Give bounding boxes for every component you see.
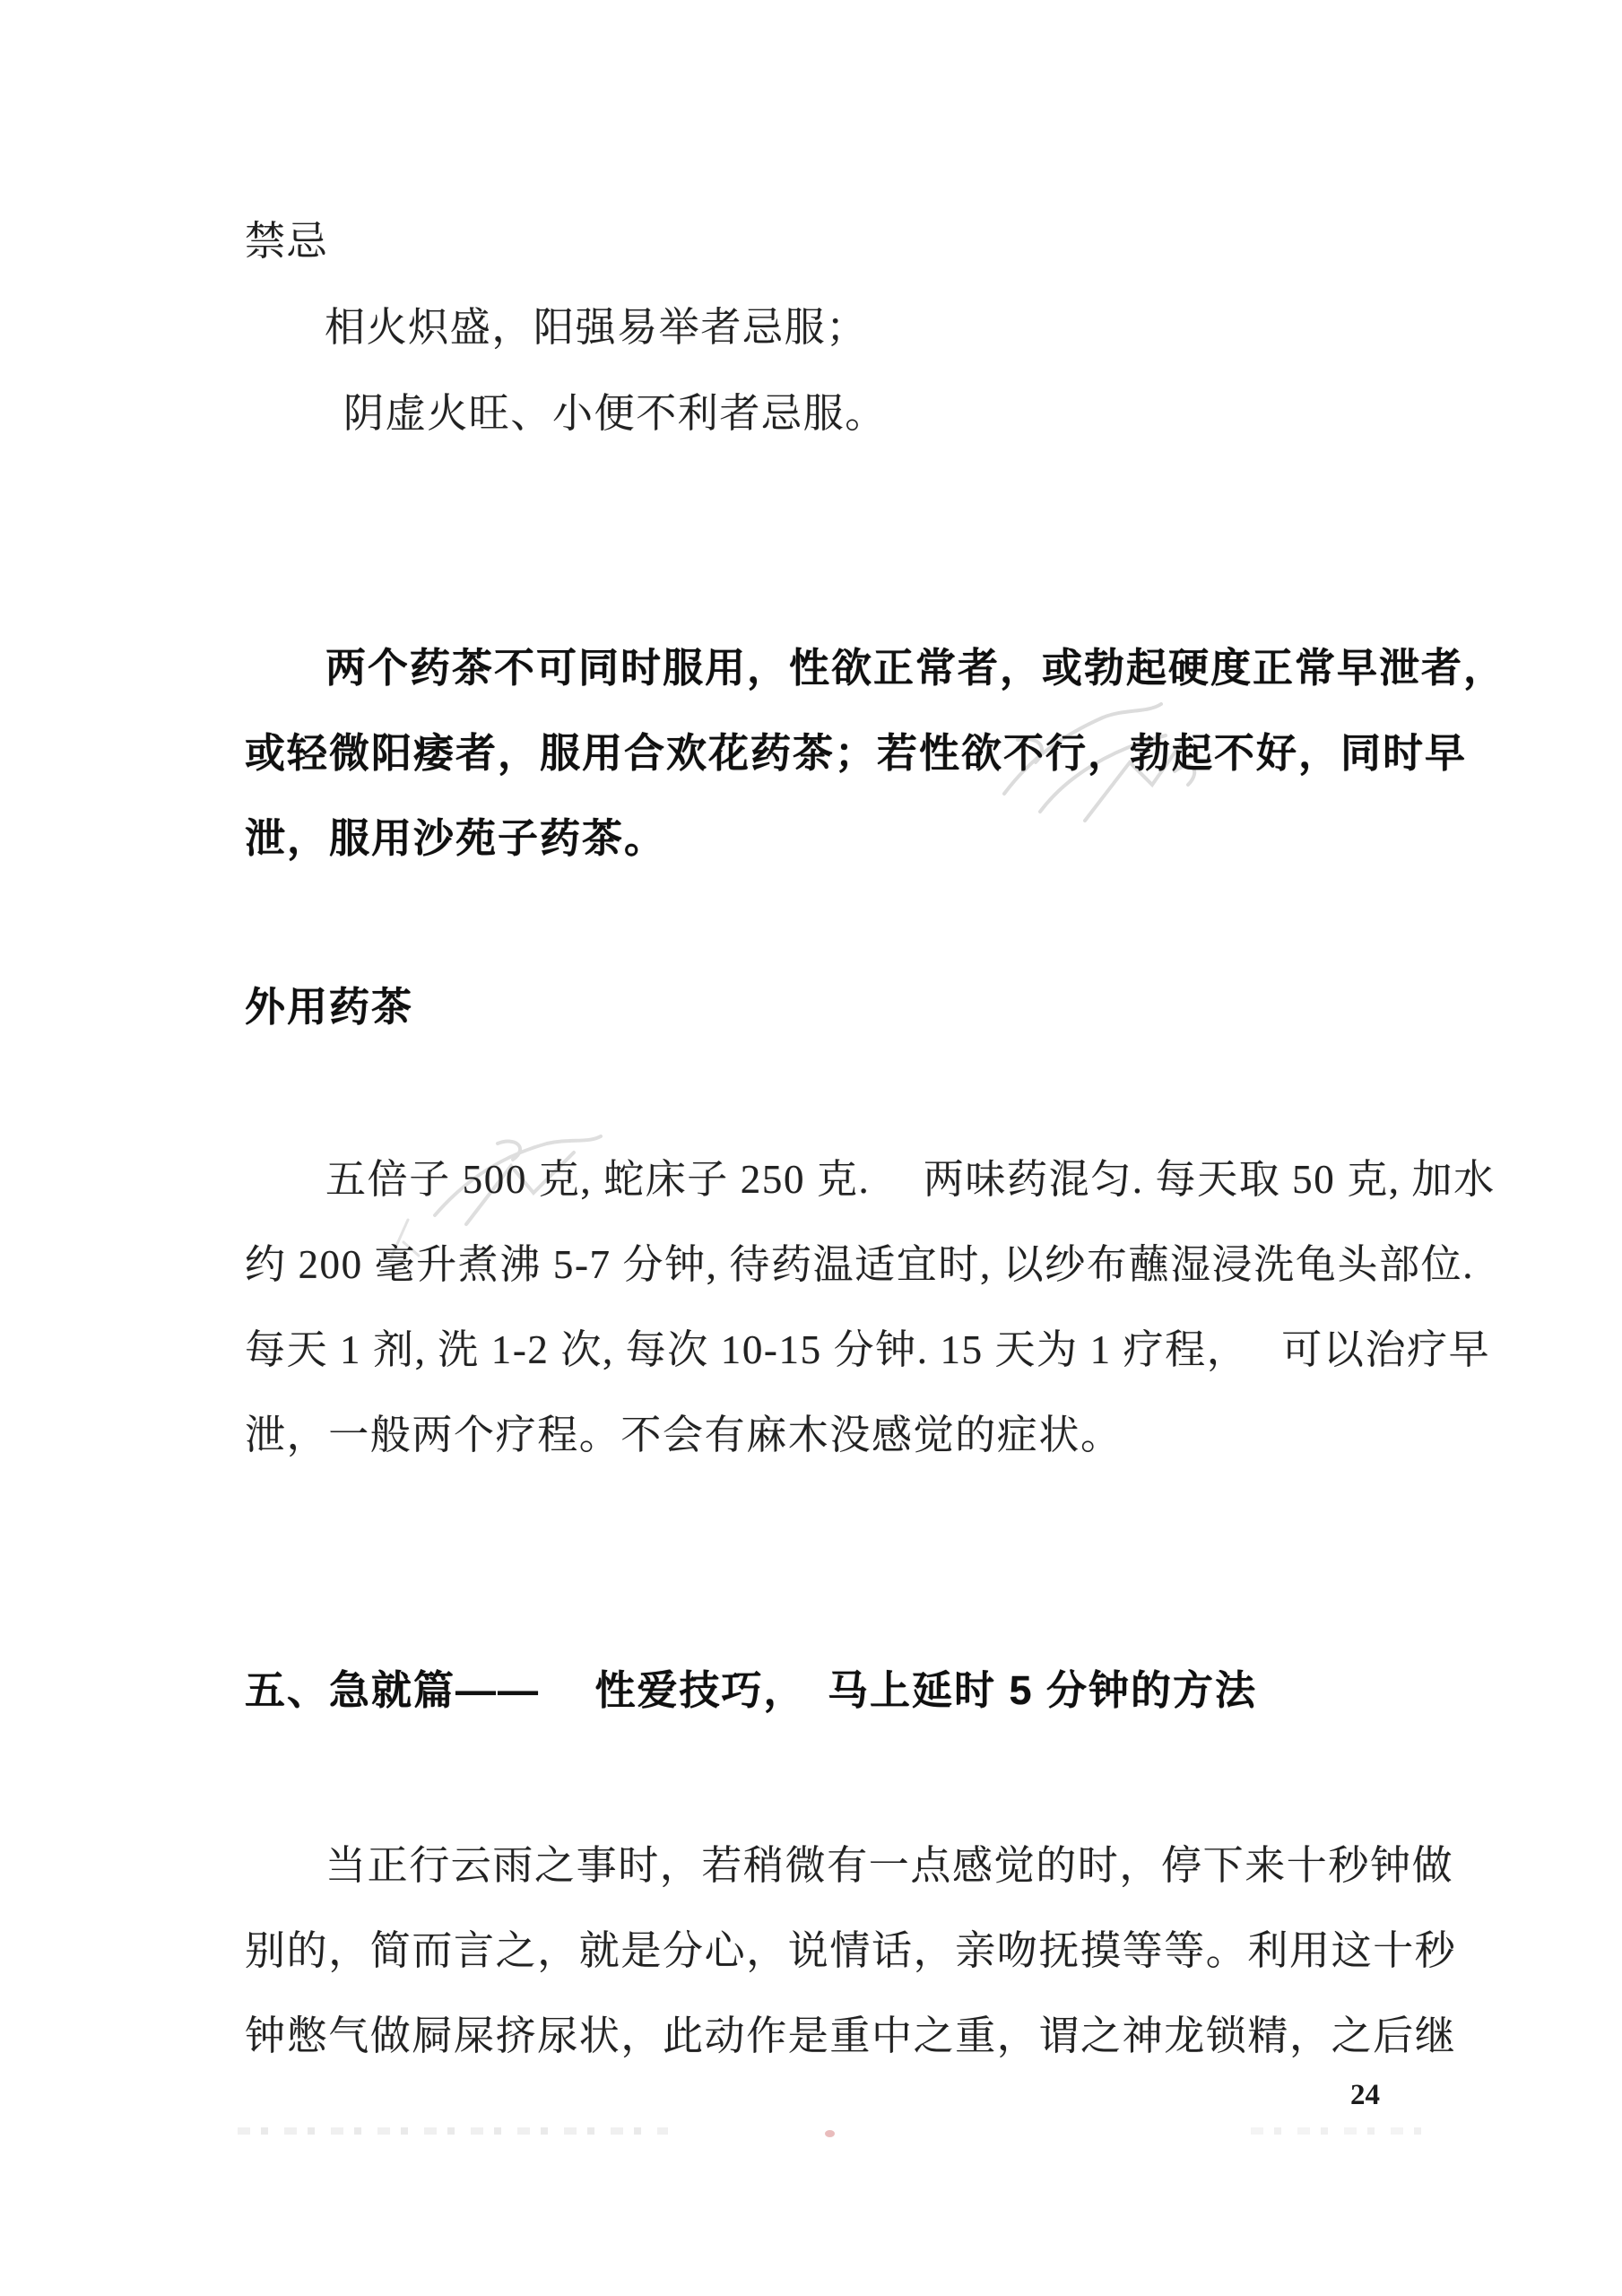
contraindication-line-1: 相火炽盛，阳强易举者忌服； [325, 304, 868, 351]
usage-note-line-1: 两个药茶不可同时服用，性欲正常者，或勃起硬度正常早泄者， [325, 645, 1505, 691]
page-number: 24 [1350, 2079, 1380, 2112]
contraindication-line-2: 阴虚火旺、小便不利者忌服。 [343, 390, 887, 437]
contraindications-heading: 禁忌 [245, 218, 328, 265]
section-five-heading: 五、急就篇—— 性爱技巧， 马上延时 5 分钟的方法 [245, 1667, 1257, 1714]
usage-note-line-2: 或轻微阳痿者，服用合欢花药茶；若性欲不行，勃起不好，同时早 [245, 730, 1467, 777]
external-tea-line-4: 泄，一般两个疗程。不会有麻木没感觉的症状。 [245, 1412, 1123, 1458]
external-tea-line-3: 每天 1 剂, 洗 1-2 次, 每次 10-15 分钟. 15 天为 1 疗程… [245, 1326, 1490, 1373]
technique-line-1: 当正行云雨之事时，若稍微有一点感觉的时，停下来十秒钟做 [325, 1842, 1453, 1889]
footer-artifact-right [1251, 2127, 1430, 2135]
technique-line-3: 钟憋气做屙屎挤尿状，此动作是重中之重，谓之神龙锁精，之后继 [245, 2013, 1456, 2059]
technique-line-2: 别的，简而言之，就是分心，说情话，亲吻抚摸等等。利用这十秒 [245, 1927, 1456, 1974]
external-tea-line-2: 约 200 毫升煮沸 5-7 分钟, 待药温适宜时, 以纱布蘸湿浸洗龟头部位. [245, 1241, 1474, 1288]
document-page: 禁忌 相火炽盛，阳强易举者忌服； 阴虚火旺、小便不利者忌服。 两个药茶不可同时服… [0, 0, 1622, 2296]
footer-red-mark [825, 2130, 835, 2137]
footer-artifact-left [238, 2127, 668, 2135]
usage-note-line-3: 泄，服用沙苑子药茶。 [245, 815, 666, 862]
external-tea-line-1: 五倍子 500 克, 蛇床子 250 克. 两味药混匀. 每天取 50 克, 加… [325, 1156, 1496, 1203]
external-tea-heading: 外用药茶 [245, 984, 413, 1031]
